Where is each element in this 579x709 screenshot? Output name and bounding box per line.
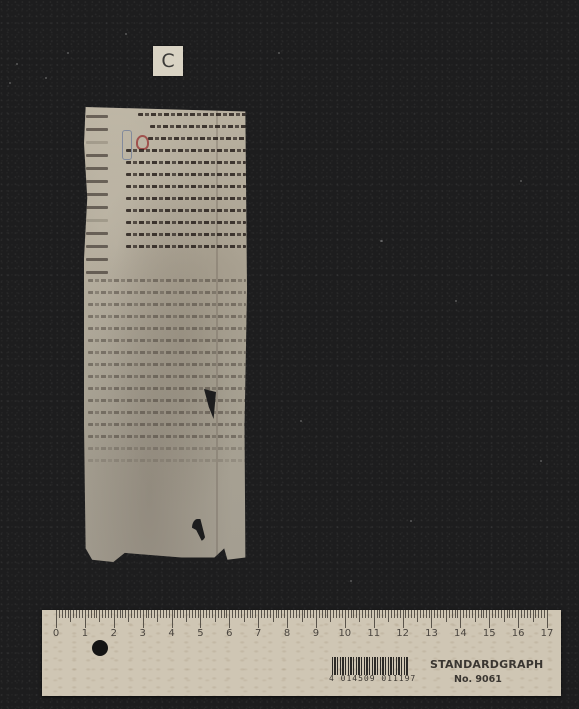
ruler-hang-hole	[92, 640, 108, 656]
ruler-tick	[460, 610, 461, 628]
ruler-tick	[82, 610, 83, 618]
ruler-tick	[429, 610, 430, 618]
ruler-tick	[417, 610, 418, 622]
ruler-tick	[122, 610, 123, 618]
ruler-tick	[105, 610, 106, 618]
ruler-tick	[134, 610, 135, 618]
ruler-tick	[414, 610, 415, 618]
ruler-tick	[247, 610, 248, 618]
ruler-brand: STANDARDGRAPH	[430, 658, 543, 671]
ruler-tick	[281, 610, 282, 618]
ruler-tick	[544, 610, 545, 618]
ruler-tick	[365, 610, 366, 618]
ruler-tick	[405, 610, 406, 618]
ruler-number: 8	[284, 628, 290, 639]
ruler-tick	[146, 610, 147, 618]
ruler-tick	[420, 610, 421, 618]
ruler-tick	[304, 610, 305, 618]
ruler-tick	[278, 610, 279, 618]
ruler-number: 17	[541, 628, 554, 639]
ruler-number: 1	[82, 628, 88, 639]
ruler-tick	[322, 610, 323, 618]
ruler-number: 2	[111, 628, 117, 639]
ruler-tick	[443, 610, 444, 618]
ruler-tick	[547, 610, 548, 628]
ruler-tick	[348, 610, 349, 618]
ruler-tick	[241, 610, 242, 618]
ruler-tick	[284, 610, 285, 618]
ruler-tick	[215, 610, 216, 622]
ruler-tick	[501, 610, 502, 618]
ruler-tick	[313, 610, 314, 618]
ruler-tick	[400, 610, 401, 618]
ruler-tick	[452, 610, 453, 618]
ruler-tick	[169, 610, 170, 618]
ruler-tick	[186, 610, 187, 622]
ruler-tick	[359, 610, 360, 622]
ruler-tick	[192, 610, 193, 618]
ruler-tick	[131, 610, 132, 618]
ruler-tick	[515, 610, 516, 618]
ruler-tick	[333, 610, 334, 618]
ruler-number: 6	[226, 628, 232, 639]
ruler-tick	[143, 610, 144, 628]
ruler-tick	[96, 610, 97, 618]
ruler-tick	[238, 610, 239, 618]
ruler-tick	[457, 610, 458, 618]
ruler-tick	[174, 610, 175, 618]
ruler-tick	[180, 610, 181, 618]
ruler-tick	[212, 610, 213, 618]
ruler-tick	[76, 610, 77, 618]
ruler-tick	[463, 610, 464, 618]
ruler-tick	[527, 610, 528, 618]
barcode	[332, 657, 408, 675]
ruler-tick	[154, 610, 155, 618]
text-column-lower	[88, 279, 246, 471]
ruler-tick	[261, 610, 262, 618]
ruler-tick	[345, 610, 346, 628]
ruler-tick	[148, 610, 149, 618]
ruler-tick	[273, 610, 274, 622]
ruler-tick	[481, 610, 482, 618]
ruler-number: 3	[139, 628, 145, 639]
ruler-tick	[411, 610, 412, 618]
ruler-tick	[114, 610, 115, 628]
ruler-tick	[270, 610, 271, 618]
ruler-tick	[388, 610, 389, 622]
ruler-tick	[293, 610, 294, 618]
text-column-upper	[126, 113, 246, 257]
ruler-tick	[267, 610, 268, 618]
ruler-tick	[160, 610, 161, 618]
ruler-tick	[206, 610, 207, 618]
ruler-tick	[374, 610, 375, 628]
ruler-tick	[518, 610, 519, 628]
ruler-tick	[79, 610, 80, 618]
ruler-tick	[325, 610, 326, 618]
ruler-number: 0	[53, 628, 59, 639]
ruler-tick	[56, 610, 57, 628]
ruler-tick	[475, 610, 476, 622]
ruler-tick	[140, 610, 141, 618]
ruler-tick	[244, 610, 245, 622]
ruler-tick	[478, 610, 479, 618]
ruler-tick	[255, 610, 256, 618]
ruler-tick	[385, 610, 386, 618]
ruler-tick	[62, 610, 63, 618]
ruler-tick	[226, 610, 227, 618]
ruler-tick	[163, 610, 164, 618]
ruler-number: 9	[313, 628, 319, 639]
ruler-tick	[382, 610, 383, 618]
ruler-tick	[232, 610, 233, 618]
ruler-tick	[195, 610, 196, 618]
ruler-tick	[535, 610, 536, 618]
ruler-tick	[290, 610, 291, 618]
fragment-label-card: C	[153, 46, 183, 76]
ruler-tick	[99, 610, 100, 622]
ruler-tick	[486, 610, 487, 618]
ruler-tick	[362, 610, 363, 618]
ruler-ticks: 01234567891011121314151617	[56, 610, 547, 630]
ruler-tick	[394, 610, 395, 618]
ruler-number: 15	[483, 628, 496, 639]
ruler-tick	[59, 610, 60, 618]
ruler-tick	[379, 610, 380, 618]
ruler-tick	[538, 610, 539, 618]
ruler-tick	[120, 610, 121, 618]
ruler-tick	[91, 610, 92, 618]
manuscript-fragment	[84, 107, 247, 562]
ruler-number: 12	[396, 628, 409, 639]
ruler-tick	[316, 610, 317, 628]
ruler-tick	[296, 610, 297, 618]
fragment-label-text: C	[161, 50, 174, 72]
ruler-tick	[258, 610, 259, 628]
ruler-tick	[408, 610, 409, 618]
ruler-tick	[200, 610, 201, 628]
ruler-tick	[431, 610, 432, 628]
ruler-number: 11	[367, 628, 380, 639]
ruler-tick	[68, 610, 69, 618]
ruler-tick	[521, 610, 522, 618]
ruler-tick	[498, 610, 499, 618]
ruler-tick	[489, 610, 490, 628]
ruler-tick	[177, 610, 178, 618]
ruler-number: 7	[255, 628, 261, 639]
ruler-tick	[117, 610, 118, 618]
ruler-tick	[423, 610, 424, 618]
ruler-number: 10	[338, 628, 351, 639]
ruler-tick	[483, 610, 484, 618]
ruler-tick	[426, 610, 427, 618]
scale-ruler: 01234567891011121314151617 4 014509 0111…	[42, 610, 561, 696]
ruler-tick	[342, 610, 343, 618]
ruler-tick	[437, 610, 438, 618]
ruler-tick	[524, 610, 525, 618]
ruler-tick	[183, 610, 184, 618]
ruler-tick	[495, 610, 496, 618]
ruler-model: No. 9061	[454, 674, 502, 685]
ruler-tick	[70, 610, 71, 622]
ruler-tick	[455, 610, 456, 618]
ruler-tick	[509, 610, 510, 618]
ruler-tick	[203, 610, 204, 618]
ruler-tick	[264, 610, 265, 618]
ruler-tick	[466, 610, 467, 618]
ruler-tick	[189, 610, 190, 618]
ruler-tick	[368, 610, 369, 618]
ruler-tick	[302, 610, 303, 622]
ruler-tick	[469, 610, 470, 618]
ruler-tick	[504, 610, 505, 622]
ruler-tick	[507, 610, 508, 618]
ruler-tick	[397, 610, 398, 618]
ruler-tick	[65, 610, 66, 618]
ruler-tick	[276, 610, 277, 618]
ruler-tick	[218, 610, 219, 618]
ruler-tick	[151, 610, 152, 618]
ruler-tick	[339, 610, 340, 618]
ruler-tick	[377, 610, 378, 618]
ruler-tick	[125, 610, 126, 618]
ruler-tick	[299, 610, 300, 618]
ruler-tick	[327, 610, 328, 618]
ruler-tick	[307, 610, 308, 618]
ruler-tick	[319, 610, 320, 618]
ruler-tick	[492, 610, 493, 618]
ruler-tick	[172, 610, 173, 628]
barcode-digits: 4 014509 011197	[329, 674, 416, 683]
ruler-number: 14	[454, 628, 467, 639]
ruler-tick	[94, 610, 95, 618]
ruler-tick	[137, 610, 138, 618]
ruler-tick	[336, 610, 337, 618]
ruler-tick	[446, 610, 447, 622]
ruler-tick	[221, 610, 222, 618]
marginal-gloss	[86, 115, 108, 284]
ruler-tick	[371, 610, 372, 618]
ruler-number: 5	[197, 628, 203, 639]
ruler-tick	[235, 610, 236, 618]
ruler-tick	[108, 610, 109, 618]
ruler-tick	[209, 610, 210, 618]
ruler-tick	[472, 610, 473, 618]
ruler-tick	[229, 610, 230, 628]
ruler-tick	[330, 610, 331, 622]
ruler-tick	[391, 610, 392, 618]
ruler-tick	[356, 610, 357, 618]
ruler-tick	[224, 610, 225, 618]
ruler-tick	[102, 610, 103, 618]
ruler-tick	[128, 610, 129, 622]
ruler-tick	[73, 610, 74, 618]
ruler-number: 13	[425, 628, 438, 639]
ruler-tick	[252, 610, 253, 618]
ruler-tick	[198, 610, 199, 618]
ruler-tick	[434, 610, 435, 618]
ruler-tick	[440, 610, 441, 618]
ruler-tick	[166, 610, 167, 618]
ruler-tick	[157, 610, 158, 622]
ruler-tick	[287, 610, 288, 628]
parchment-tear	[192, 519, 206, 541]
ruler-tick	[512, 610, 513, 618]
ruler-tick	[111, 610, 112, 618]
ruler-tick	[250, 610, 251, 618]
ruler-number: 16	[512, 628, 525, 639]
ruler-tick	[530, 610, 531, 618]
ruler-tick	[403, 610, 404, 628]
ruler-tick	[85, 610, 86, 628]
ruler-tick	[88, 610, 89, 618]
ruler-tick	[449, 610, 450, 618]
ruler-number: 4	[168, 628, 174, 639]
ruler-tick	[353, 610, 354, 618]
ruler-tick	[351, 610, 352, 618]
ruler-tick	[310, 610, 311, 618]
ruler-tick	[533, 610, 534, 622]
ruler-tick	[541, 610, 542, 618]
